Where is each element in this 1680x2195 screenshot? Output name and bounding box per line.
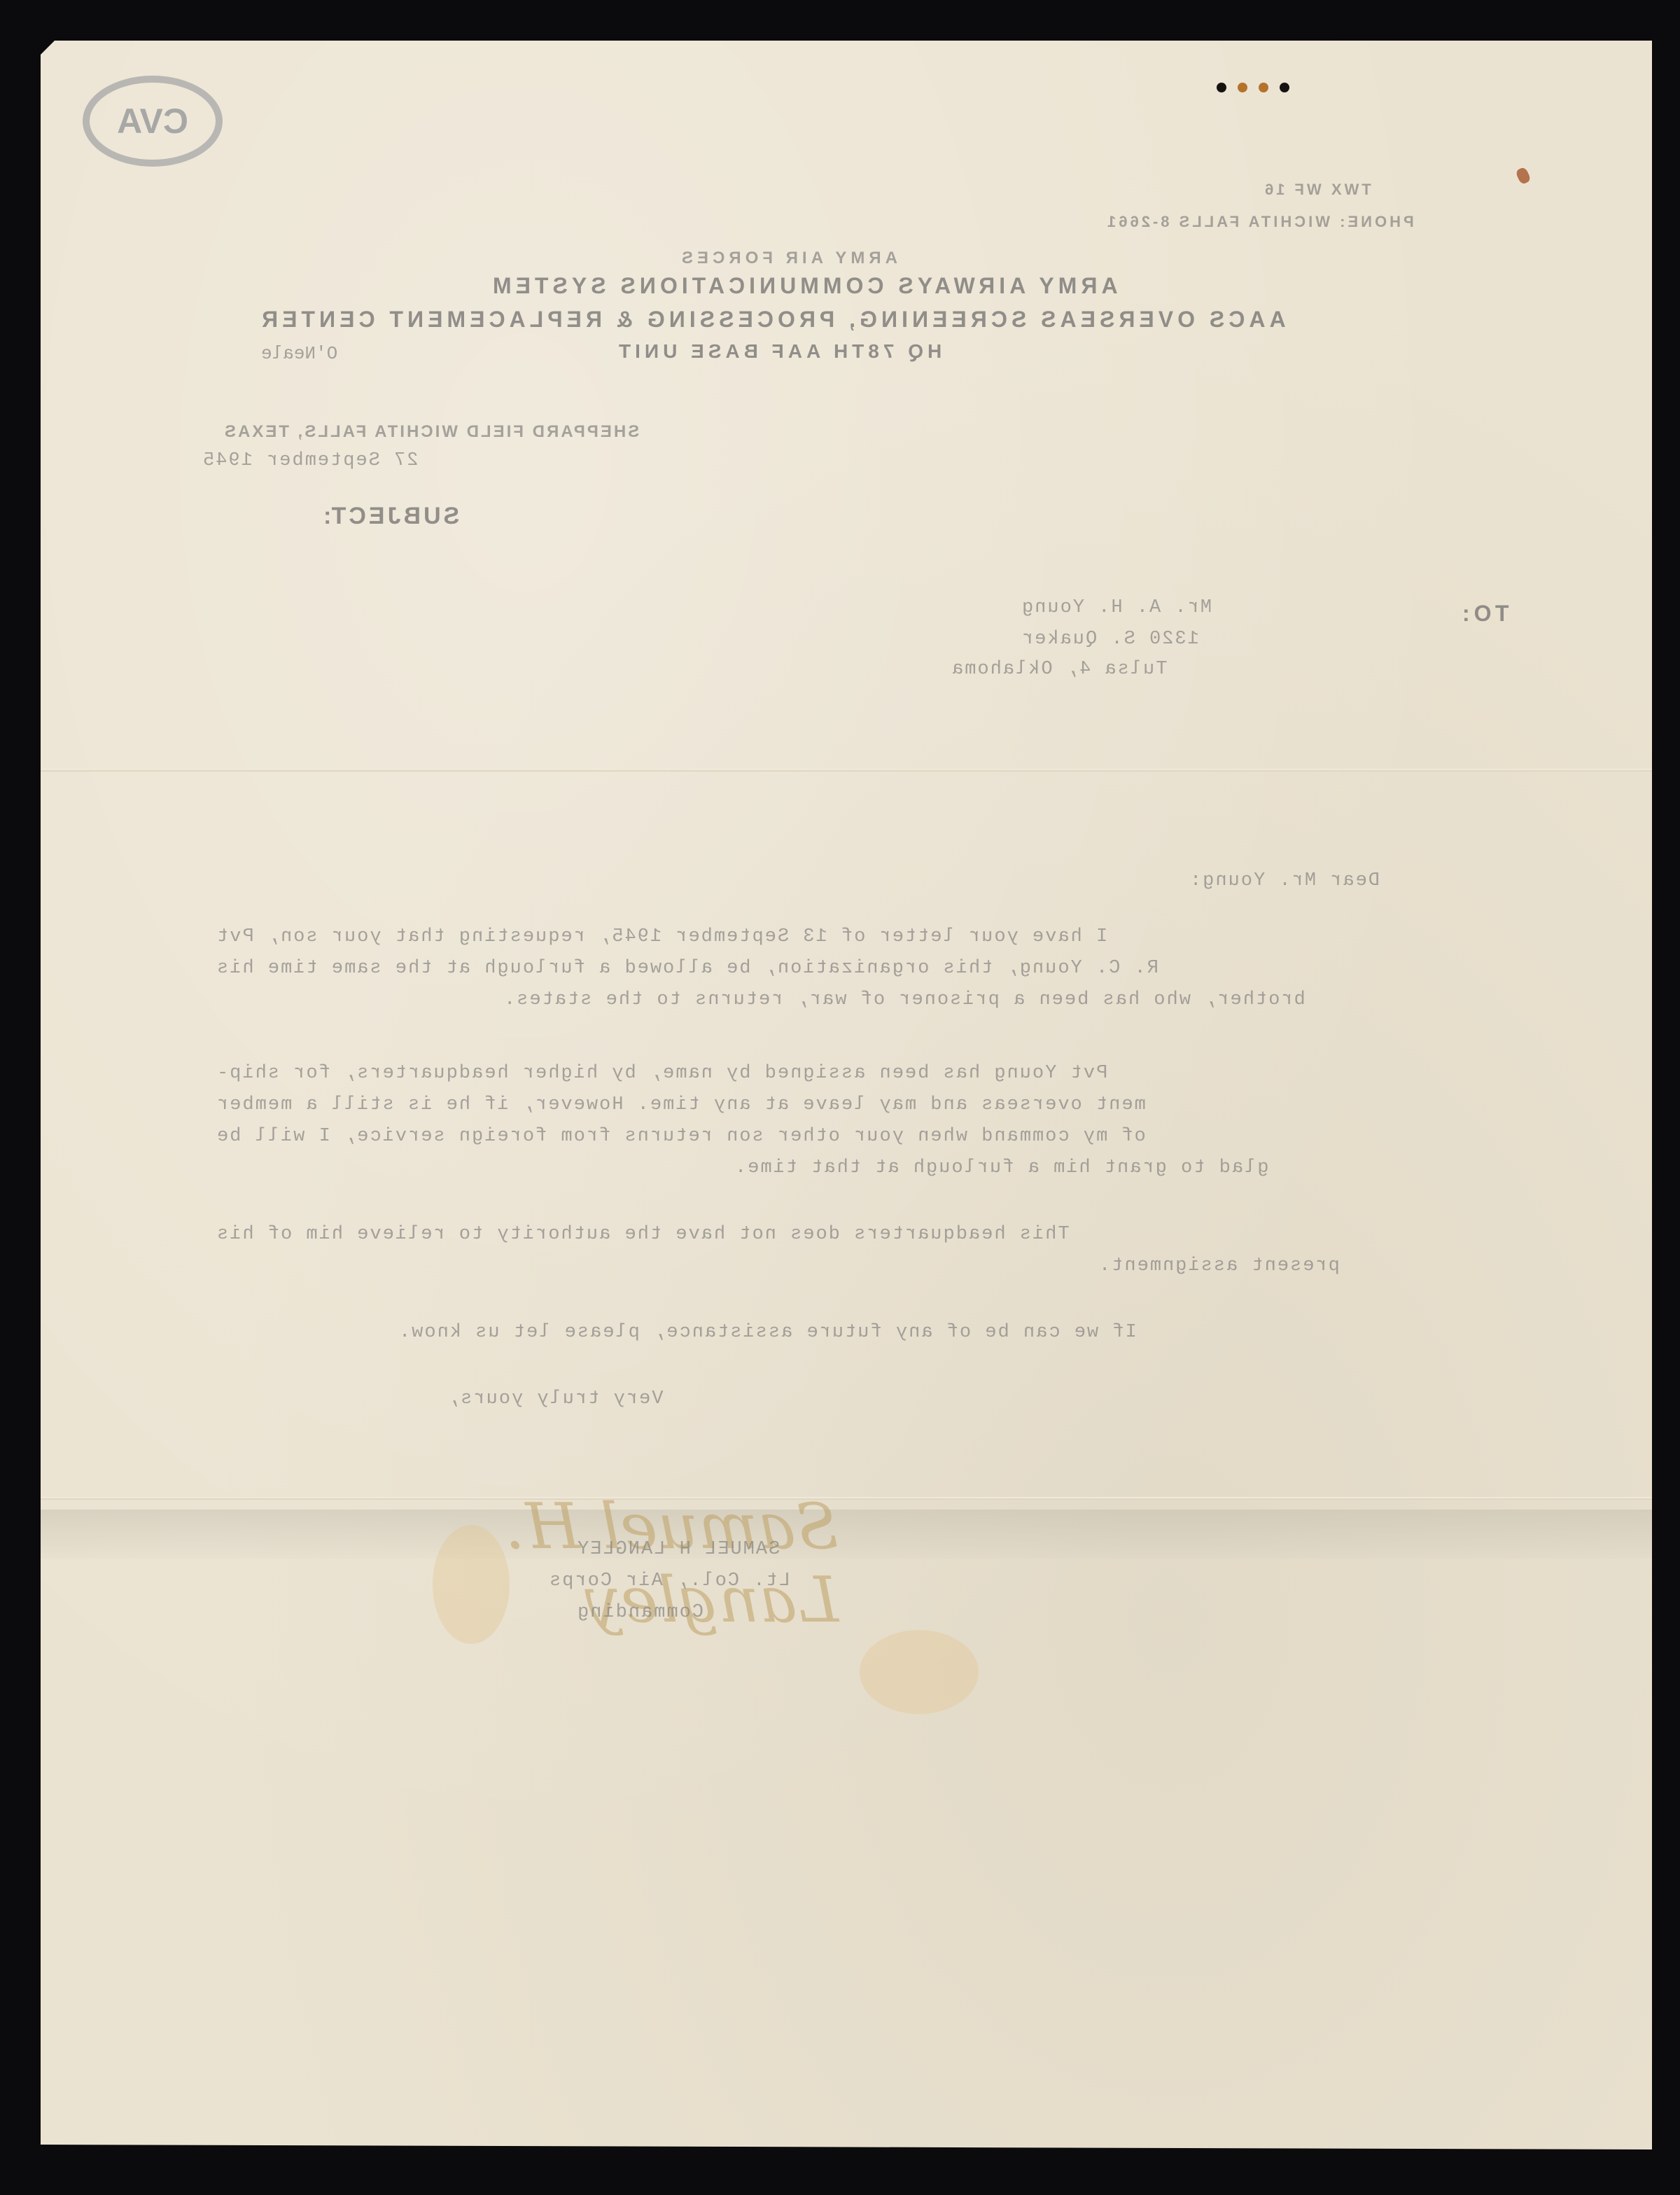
stain (860, 1630, 979, 1714)
letterhead-line-2: ARMY AIRWAYS COMMUNICATIONS SYSTEM (489, 273, 1118, 299)
letter-date: 27 September 1945 (202, 450, 418, 471)
phone-number: PHONE: WICHITA FALLS 8-2661 (1105, 213, 1414, 231)
signature-block-rank: Lt. Col., Air Corps (548, 1570, 790, 1591)
fold-line (41, 769, 1652, 772)
address-line-1: Mr. A. H. Young (1021, 597, 1212, 618)
teletype-number: TWX WF 16 (1262, 181, 1371, 199)
hole-icon (1259, 83, 1268, 92)
letter-page: CVA TWX WF 16 PHONE: WICHITA FALLS 8-266… (41, 41, 1652, 2149)
letterhead-line-1: ARMY AIR FORCES (678, 249, 897, 268)
paragraph-2-line-4: glad to grant him a furlough at that tim… (734, 1157, 1269, 1178)
hole-icon (1280, 83, 1289, 92)
address-line-3: Tulsa 4, Oklahoma (951, 659, 1167, 680)
cva-stamp-icon: CVA (83, 76, 223, 167)
closing: Very truly yours, (447, 1388, 663, 1409)
reference-initials: O'Neale (261, 343, 337, 364)
hole-icon (1217, 83, 1226, 92)
signature-block-title: Commanding (576, 1602, 703, 1623)
paragraph-2-line-3: of my command when your other son return… (216, 1126, 1146, 1147)
paragraph-1-line-3: brother, who has been a prisoner of war,… (503, 989, 1305, 1010)
stamp-text: CVA (117, 101, 188, 141)
paragraph-2-line-2: ment overseas and may leave at any time.… (216, 1094, 1146, 1115)
staple-holes (1217, 83, 1289, 92)
paragraph-2-line-1: Pvt Young has been assigned by name, by … (216, 1063, 1107, 1084)
salutation: Dear Mr. Young: (1189, 870, 1380, 891)
to-label: TO: (1458, 601, 1509, 627)
letterhead-line-4: HQ 78TH AAF BASE UNIT (615, 340, 941, 363)
signature-block-name: SAMUEL H LANGLEY (576, 1539, 780, 1560)
letterhead-line-3: AACS OVERSEAS SCREENING, PROCESSING & RE… (258, 307, 1286, 333)
location-line: SHEPPARD FIELD WICHITA FALLS, TEXAS (223, 422, 639, 442)
rust-stain (1515, 167, 1532, 186)
paragraph-1-line-1: I have your letter of 13 September 1945,… (216, 926, 1107, 947)
fold-shadow (41, 1510, 1652, 1559)
paragraph-1-line-2: R. C. Young, this organization, be allow… (216, 958, 1158, 979)
subject-label: SUBJECT: (321, 503, 459, 530)
address-line-2: 1320 S. Quaker (1021, 629, 1199, 650)
fold-line (41, 1497, 1652, 1500)
paragraph-3-line-1: This headquarters does not have the auth… (216, 1224, 1070, 1245)
stain (433, 1525, 510, 1644)
hole-icon (1238, 83, 1247, 92)
paragraph-3-line-2: present assignment. (1098, 1255, 1340, 1276)
paragraph-4-line-1: If we can be of any future assistance, p… (398, 1322, 1137, 1343)
